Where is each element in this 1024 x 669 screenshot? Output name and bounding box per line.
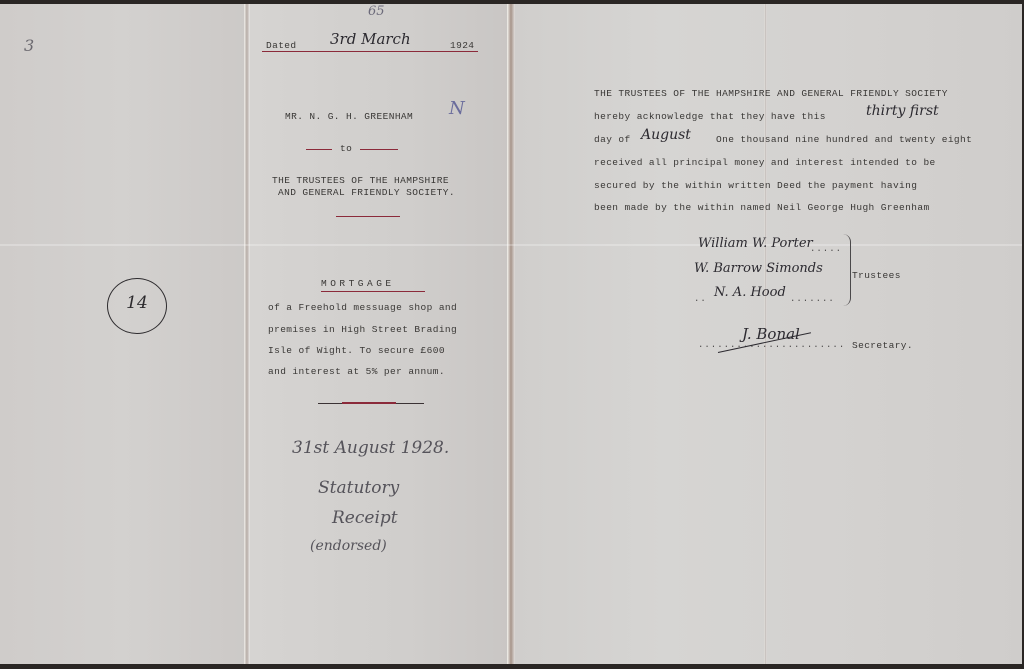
- party-to-line2: AND GENERAL FRIENDLY SOCIETY.: [278, 187, 455, 198]
- receipt-line: secured by the within written Deed the p…: [594, 180, 917, 191]
- trustee-signature: N. A. Hood: [714, 285, 786, 300]
- signature-dots: .....: [810, 244, 842, 254]
- dated-label: Dated: [266, 40, 297, 51]
- initial-mark: N: [449, 98, 465, 119]
- signature-dots: ..: [694, 294, 707, 304]
- to-rule-left: [306, 149, 332, 150]
- signature-dots: .......: [790, 294, 835, 304]
- pencil-note: Receipt: [332, 508, 398, 528]
- description-line: premises in High Street Brading: [268, 324, 457, 335]
- pencil-note-date: 31st August 1928.: [292, 438, 449, 458]
- receipt-line: received all principal money and interes…: [594, 157, 936, 168]
- horizontal-crease: [0, 244, 1022, 246]
- description-line: Isle of Wight. To secure £600: [268, 345, 445, 356]
- description-line: and interest at 5% per annum.: [268, 366, 445, 377]
- dated-row: Dated 3rd March 1924: [262, 32, 478, 52]
- to-label: to: [340, 143, 352, 154]
- fold-crease: [244, 4, 250, 664]
- file-number: 65: [368, 4, 385, 19]
- pencil-note: Statutory: [318, 478, 399, 498]
- party-to-line1: THE TRUSTEES OF THE HAMPSHIRE: [272, 175, 449, 186]
- secretary-label: Secretary.: [852, 340, 913, 351]
- dated-year: 1924: [450, 40, 474, 51]
- receipt-line: been made by the within named Neil Georg…: [594, 202, 930, 213]
- doc-type: MORTGAGE: [321, 278, 395, 289]
- description-line: of a Freehold messuage shop and: [268, 302, 457, 313]
- trustee-signature: William W. Porter: [698, 236, 813, 251]
- trustees-brace: [842, 234, 851, 306]
- pencil-note: (endorsed): [310, 538, 387, 554]
- dated-rule: [262, 51, 478, 52]
- receipt-hand-day: thirty first: [866, 103, 939, 119]
- receipt-hand-month: August: [641, 127, 691, 143]
- receipt-line: day of: [594, 134, 631, 145]
- receipt-line-year: One thousand nine hundred and twenty eig…: [716, 134, 972, 145]
- receipt-line: hereby acknowledge that they have this: [594, 111, 826, 122]
- to-rule-right: [360, 149, 398, 150]
- section-rule: [336, 216, 400, 217]
- corner-mark: 3: [24, 36, 34, 55]
- dated-handwritten: 3rd March: [330, 30, 411, 48]
- doc-type-underline: [321, 291, 425, 292]
- party-from: MR. N. G. H. GREENHAM: [285, 111, 413, 122]
- trustees-label: Trustees: [852, 270, 901, 281]
- receipt-line: THE TRUSTEES OF THE HAMPSHIRE AND GENERA…: [594, 88, 948, 99]
- circled-number: 14: [107, 278, 167, 334]
- closing-rule-red: [342, 402, 396, 404]
- trustee-signature: W. Barrow Simonds: [694, 261, 823, 276]
- left-panel: [0, 4, 247, 664]
- fold-crease: [507, 4, 515, 664]
